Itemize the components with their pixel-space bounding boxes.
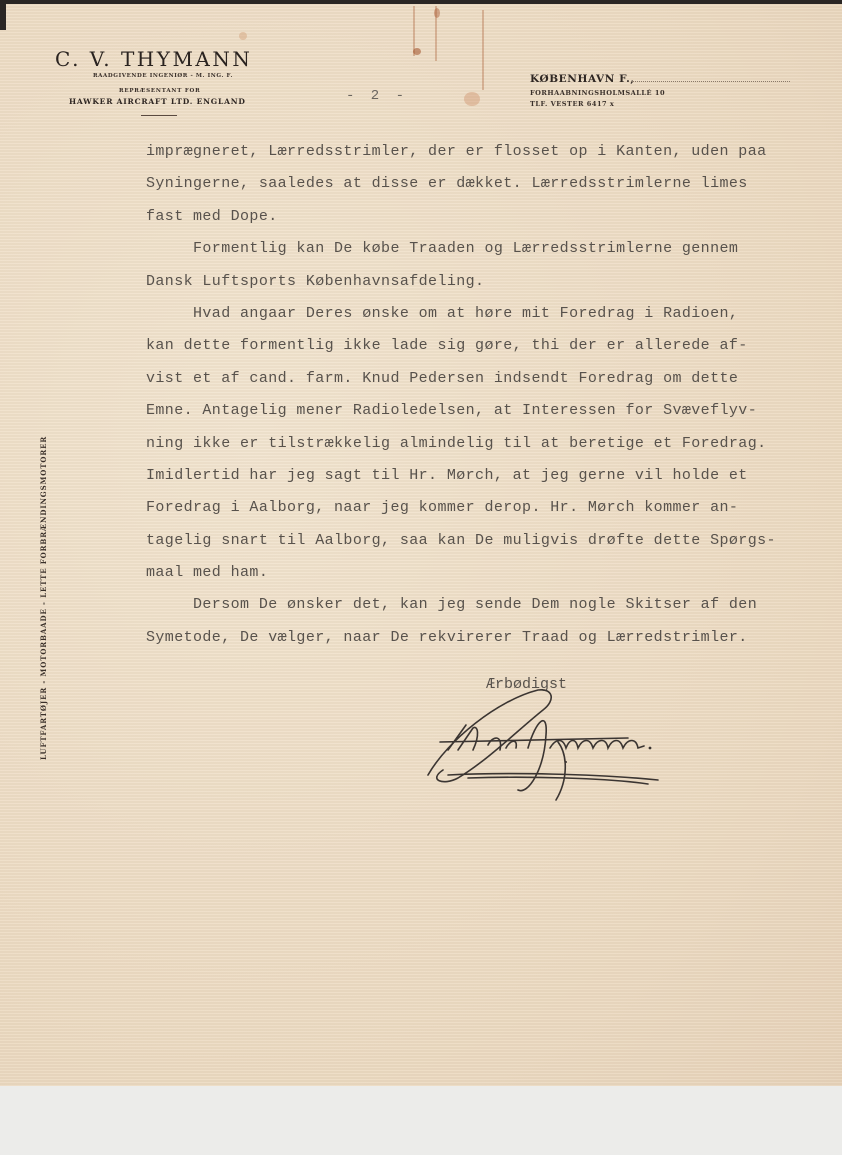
body-line: Emne. Antagelig mener Radioledelsen, at … [146, 395, 826, 427]
representative-label: REPRÆSENTANT FOR [119, 88, 201, 94]
scan-edge-corner [0, 0, 6, 30]
body-line: Hvad angaar Deres ønske om at høre mit F… [146, 298, 826, 330]
body-line: Dersom De ønsker det, kan jeg sende Dem … [146, 589, 826, 621]
body-line: fast med Dope. [146, 201, 826, 233]
city: KØBENHAVN F., [530, 73, 635, 85]
stain [434, 8, 440, 18]
represented-company: HAWKER AIRCRAFT LTD. ENGLAND [69, 97, 246, 106]
stain [482, 10, 484, 90]
body-line: maal med ham. [146, 557, 826, 589]
letter-body: imprægneret, Lærredsstrimler, der er flo… [146, 136, 826, 654]
stain [239, 32, 247, 40]
phone: TLF. VESTER 6417 x [530, 100, 614, 108]
body-line: Symetode, De vælger, naar De rekvirerer … [146, 622, 826, 654]
signature [418, 680, 708, 810]
body-line: Imidlertid har jeg sagt til Hr. Mørch, a… [146, 460, 826, 492]
header-divider [141, 115, 177, 116]
body-line: vist et af cand. farm. Knud Pedersen ind… [146, 363, 826, 395]
body-line: Dansk Luftsports Københavnsafdeling. [146, 266, 826, 298]
body-line: Foredrag i Aalborg, naar jeg kommer dero… [146, 492, 826, 524]
stain [413, 48, 421, 55]
body-line: tagelig snart til Aalborg, saa kan De mu… [146, 525, 826, 557]
company-name: C. V. THYMANN [55, 47, 252, 71]
body-line: kan dette formentlig ikke lade sig gøre,… [146, 330, 826, 362]
side-margin-text: LUFTFARTØJER - MOTORBAADE - LETTE FORBRÆ… [39, 320, 48, 760]
body-line: imprægneret, Lærredsstrimler, der er flo… [146, 136, 826, 168]
body-line: ning ikke er tilstrækkelig almindelig ti… [146, 428, 826, 460]
company-title-line: RAADGIVENDE INGENIØR - M. ING. F. [93, 73, 233, 79]
date-line [632, 81, 790, 82]
body-line: Syningerne, saaledes at disse er dækket.… [146, 168, 826, 200]
stain [464, 92, 480, 106]
scan-edge [0, 0, 842, 4]
page-number: - 2 - [346, 88, 408, 104]
address: FORHAABNINGSHOLMSALLÉ 10 [530, 89, 665, 97]
body-line: Formentlig kan De købe Traaden og Lærred… [146, 233, 826, 265]
